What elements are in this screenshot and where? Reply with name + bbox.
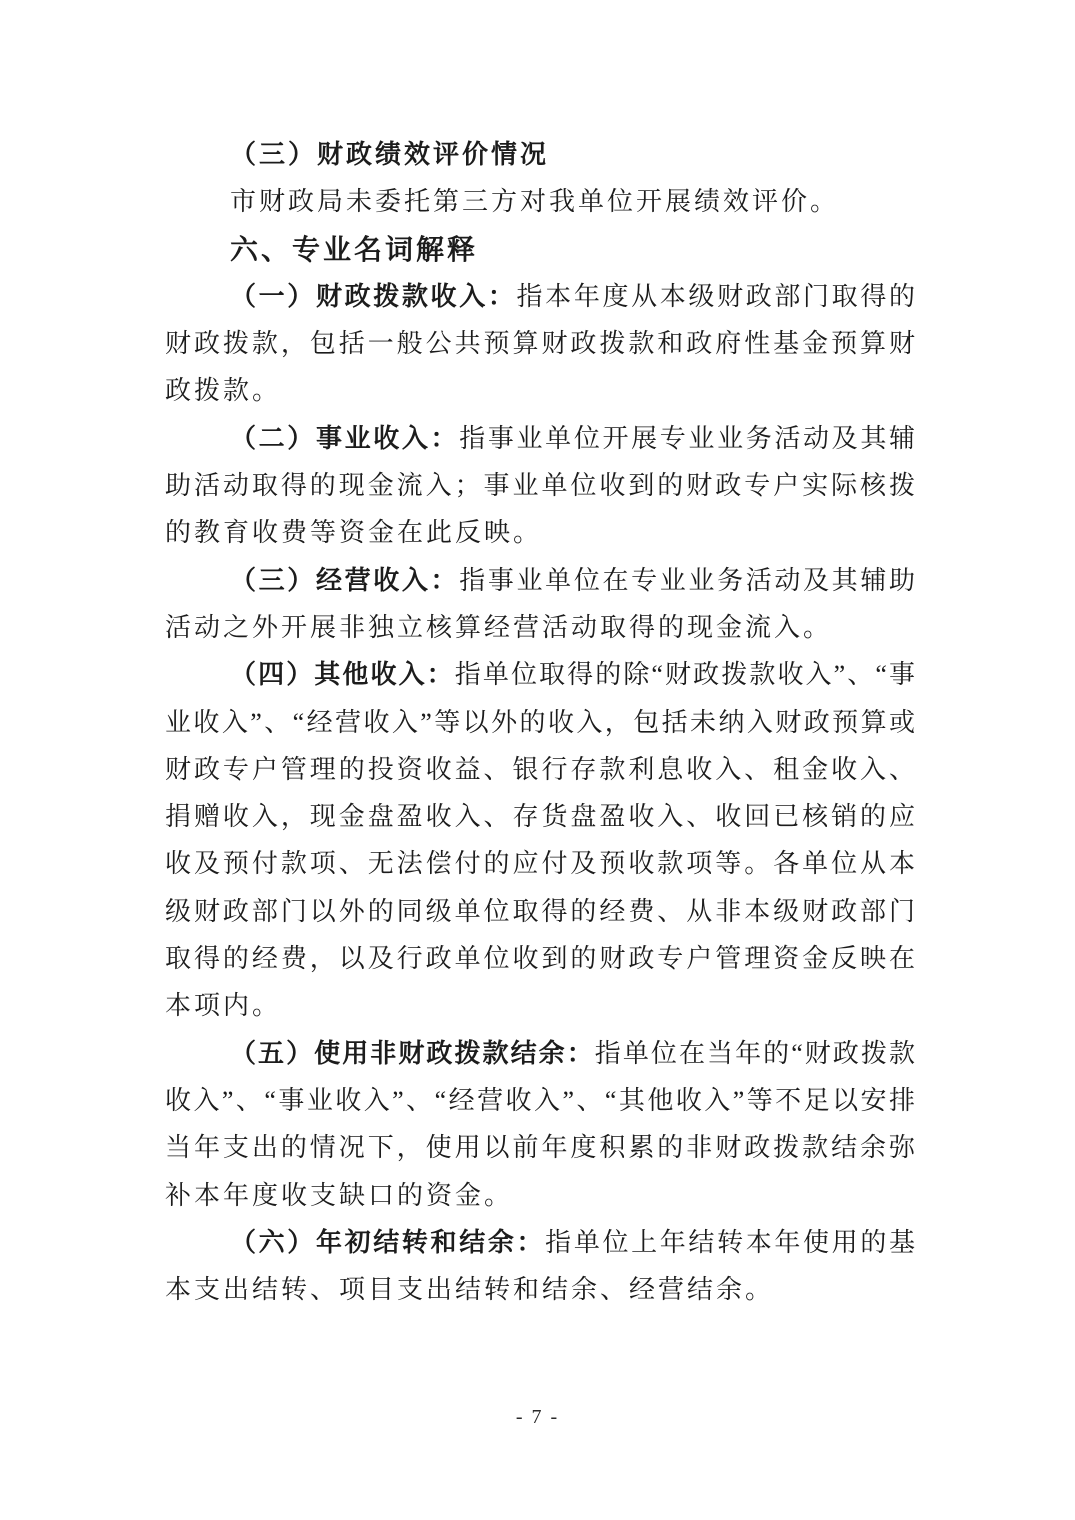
text-segment: 指本年度从本级财政部门取得的: [517, 282, 915, 311]
text-line: 助活动取得的现金流入；事业单位收到的财政专户实际核拨: [165, 462, 915, 509]
text-segment: （四）其他收入：: [230, 660, 455, 689]
text-segment: 本支出结转、项目支出结转和结余、经营结余。: [165, 1275, 774, 1304]
text-segment: 指单位上年结转本年使用的基: [545, 1228, 915, 1257]
text-line: （三）财政绩效评价情况: [165, 131, 915, 178]
text-segment: 指单位在当年的“财政拨款: [595, 1039, 915, 1068]
text-segment: 本项内。: [165, 991, 281, 1020]
document-body: （三）财政绩效评价情况市财政局未委托第三方对我单位开展绩效评价。六、专业名词解释…: [165, 131, 915, 1313]
text-line: 市财政局未委托第三方对我单位开展绩效评价。: [165, 178, 915, 225]
document-page: （三）财政绩效评价情况市财政局未委托第三方对我单位开展绩效评价。六、专业名词解释…: [0, 0, 1075, 1520]
text-line: （四）其他收入：指单位取得的除“财政拨款收入”、“事: [165, 651, 915, 698]
text-segment: 指事业单位在专业业务活动及其辅助: [459, 566, 915, 595]
text-segment: 的教育收费等资金在此反映。: [165, 518, 542, 547]
text-line: 政拨款。: [165, 367, 915, 414]
text-segment: 活动之外开展非独立核算经营活动取得的现金流入。: [165, 613, 832, 642]
text-segment: （六）年初结转和结余：: [230, 1228, 545, 1257]
text-line: 取得的经费，以及行政单位收到的财政专户管理资金反映在: [165, 935, 915, 982]
text-line: 级财政部门以外的同级单位取得的经费、从非本级财政部门: [165, 888, 915, 935]
text-segment: 指事业单位开展专业业务活动及其辅: [459, 424, 915, 453]
text-line: 的教育收费等资金在此反映。: [165, 509, 915, 556]
text-line: 补本年度收支缺口的资金。: [165, 1172, 915, 1219]
text-segment: （三）经营收入：: [230, 566, 459, 595]
text-line: 财政拨款，包括一般公共预算财政拨款和政府性基金预算财: [165, 320, 915, 367]
text-line: （一）财政拨款收入：指本年度从本级财政部门取得的: [165, 273, 915, 320]
text-segment: 取得的经费，以及行政单位收到的财政专户管理资金反映在: [165, 944, 915, 973]
text-segment: 六、专业名词解释: [230, 234, 478, 265]
text-segment: 捐赠收入，现金盘盈收入、存货盘盈收入、收回已核销的应: [165, 802, 915, 831]
text-line: 捐赠收入，现金盘盈收入、存货盘盈收入、收回已核销的应: [165, 793, 915, 840]
text-segment: （三）财政绩效评价情况: [230, 140, 549, 169]
text-segment: 市财政局未委托第三方对我单位开展绩效评价。: [230, 187, 839, 216]
text-line: （三）经营收入：指事业单位在专业业务活动及其辅助: [165, 557, 915, 604]
text-segment: 收入”、“事业收入”、“经营收入”、“其他收入”等不足以安排: [165, 1086, 915, 1115]
text-segment: 政拨款。: [165, 376, 281, 405]
text-line: 活动之外开展非独立核算经营活动取得的现金流入。: [165, 604, 915, 651]
text-line: 本支出结转、项目支出结转和结余、经营结余。: [165, 1266, 915, 1313]
text-segment: 补本年度收支缺口的资金。: [165, 1181, 513, 1210]
text-line: 当年支出的情况下，使用以前年度积累的非财政拨款结余弥: [165, 1124, 915, 1171]
text-segment: 收及预付款项、无法偿付的应付及预收款项等。各单位从本: [165, 849, 915, 878]
text-line: 本项内。: [165, 982, 915, 1029]
text-line: 六、专业名词解释: [165, 226, 915, 273]
text-line: （五）使用非财政拨款结余：指单位在当年的“财政拨款: [165, 1030, 915, 1077]
text-line: 收入”、“事业收入”、“经营收入”、“其他收入”等不足以安排: [165, 1077, 915, 1124]
text-segment: （一）财政拨款收入：: [230, 282, 517, 311]
text-segment: （五）使用非财政拨款结余：: [230, 1039, 595, 1068]
text-segment: 级财政部门以外的同级单位取得的经费、从非本级财政部门: [165, 897, 915, 926]
text-line: （六）年初结转和结余：指单位上年结转本年使用的基: [165, 1219, 915, 1266]
text-segment: 财政专户管理的投资收益、银行存款利息收入、租金收入、: [165, 755, 915, 784]
page-number: - 7 -: [0, 1406, 1075, 1429]
text-line: 业收入”、“经营收入”等以外的收入，包括未纳入财政预算或: [165, 699, 915, 746]
text-segment: 财政拨款，包括一般公共预算财政拨款和政府性基金预算财: [165, 329, 915, 358]
text-segment: （二）事业收入：: [230, 424, 459, 453]
text-segment: 业收入”、“经营收入”等以外的收入，包括未纳入财政预算或: [165, 708, 915, 737]
text-line: （二）事业收入：指事业单位开展专业业务活动及其辅: [165, 415, 915, 462]
text-segment: 指单位取得的除“财政拨款收入”、“事: [455, 660, 915, 689]
text-segment: 当年支出的情况下，使用以前年度积累的非财政拨款结余弥: [165, 1133, 915, 1162]
text-line: 财政专户管理的投资收益、银行存款利息收入、租金收入、: [165, 746, 915, 793]
text-line: 收及预付款项、无法偿付的应付及预收款项等。各单位从本: [165, 840, 915, 887]
text-segment: 助活动取得的现金流入；事业单位收到的财政专户实际核拨: [165, 471, 915, 500]
